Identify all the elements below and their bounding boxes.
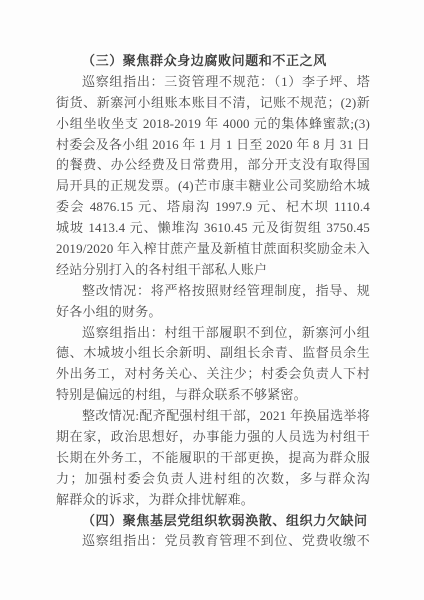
text-line: 外出务工，对村务关心、关注少；村委会负责人下村组较少， xyxy=(56,364,370,385)
text-line: 委会 4876.15 元、塔扇沟 1997.9 元、杞木坝 1110.4 元、木 xyxy=(56,197,370,218)
text-line: 特别是偏远的村组，与群众联系不够紧密。 xyxy=(56,385,370,406)
text-line: 局开具的正规发票。(4)芒市康丰糖业公司奖励给木城坡村 xyxy=(56,176,370,197)
text-line: 城坡 1413.4 元、懒堆沟 3610.45 元及街贺组 3750.45 元 xyxy=(56,218,370,239)
text-line: 2019/2020 年入榨甘蔗产量及新植甘蔗面积奖励金未入乡农 xyxy=(56,239,370,260)
text-line: 整改情况：将严格按照财经管理制度，指导、规范管理 xyxy=(56,281,370,302)
text-line: 解群众的诉求，为群众排忧解难。 xyxy=(56,490,370,511)
text-line: 好各小组的财务。 xyxy=(56,302,370,323)
text-line: 力；加强村委会负责人进村组的次数，多与群众沟通，多了 xyxy=(56,469,370,490)
text-line: 街货、新寨河小组账本账目不清，记账不规范；(2)新寨河 xyxy=(56,93,370,114)
text-line: 巡察组指出：村组干部履职不到位，新寨河小组长褚建 xyxy=(56,323,370,344)
text-line: 长期在外务工，不能履职的干部更换，提高为群众服务的能 xyxy=(56,448,370,469)
text-line: 巡察组指出：三资管理不规范：（1）李子坪、塔扇沟、 xyxy=(56,72,370,93)
section-heading-3: （三）聚焦群众身边腐败问题和不正之风 xyxy=(56,51,370,72)
text-line: 整改情况:配齐配强村组干部，2021 年换届选举将能长 xyxy=(56,406,370,427)
section-heading-4: （四）聚焦基层党组织软弱涣散、组织力欠缺问题 xyxy=(56,511,370,532)
document-body: （三）聚焦群众身边腐败问题和不正之风 巡察组指出：三资管理不规范：（1）李子坪、… xyxy=(56,51,370,552)
text-line: 巡察组指出：党员教育管理不到位、党费收缴不规范， xyxy=(56,531,370,552)
text-line: 经站分别打入的各村组干部私人账户 xyxy=(56,260,370,281)
text-line: 期在家，政治思想好，办事能力强的人员选为村组干部，将 xyxy=(56,427,370,448)
text-line: 村委会及各小组 2016 年 1 月 1 日至 2020 年 8 月 31 日报… xyxy=(56,135,370,156)
document-page: （三）聚焦群众身边腐败问题和不正之风 巡察组指出：三资管理不规范：（1）李子坪、… xyxy=(0,0,424,600)
text-line: 的餐费、办公经费及日常费用，部分开支没有取得国家税务 xyxy=(56,155,370,176)
text-line: 德、木城坡小组长余新明、副组长余青、监督员余生顺长期 xyxy=(56,343,370,364)
text-line: 小组坐收坐支 2018-2019 年 4000 元的集体蜂蜜款;(3)木城 xyxy=(56,114,370,135)
